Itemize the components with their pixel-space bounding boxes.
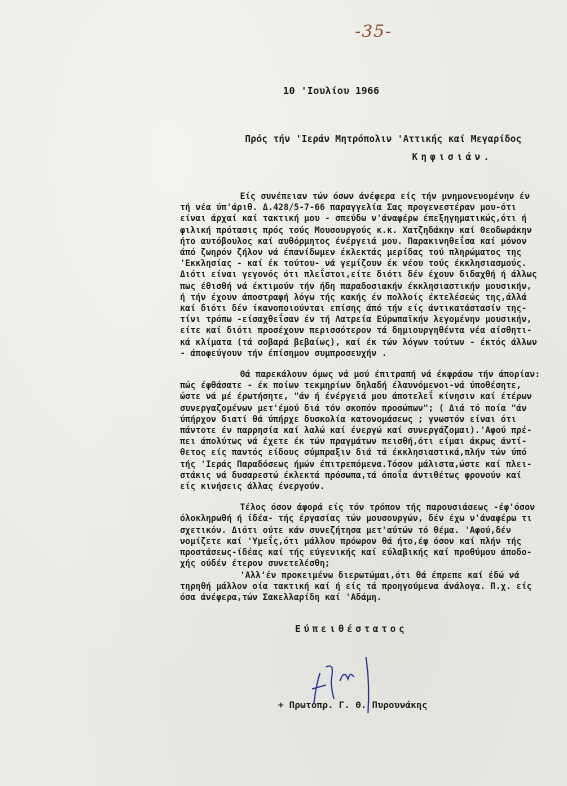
text-line: τή νέα ύπ'άριθ. Δ.428/5-7-66 παραγγελία … [180,203,550,214]
text-line: είναι άρχαί καί τακτική μου - σπεύδω ν'ά… [180,214,550,225]
text-line: νομίζετε καί 'Υμεΐς,ότι μάλλον πρόωρον θ… [180,537,550,548]
letter-page: -35- 10 'Ιουλίου 1966 Πρός τήν 'Ιεράν Μη… [0,0,567,786]
text-line: προστάσεως-ίδέας καί τής εύγενικής καί ε… [180,548,550,559]
text-line: 'Αλλ'έν προκειμένω διερωτώμαι,ότι θά έπρ… [180,571,550,582]
recipient-address: Πρός τήν 'Ιεράν Μητρόπολιν 'Αττικής καί … [245,134,522,145]
text-line: πει άπολύτως νά έχετε έκ τών πραγμάτων π… [180,437,550,448]
text-line: Eίς συνέπειαν τών όσων άνέφερα είς τήν μ… [180,192,550,203]
text-line: χής ούδέν έτερον συνετελέσθη; [180,559,550,570]
text-line: είς κινήσεις άλλας ένεργούν. [180,482,550,493]
text-line: θετος είς παντός είδους σύμπραξιν διά τά… [180,448,550,459]
text-line: ώστε νά μέ έρωτήσητε, "άν ή ένέργειά μου… [180,392,550,403]
paragraph: Τέλος όσον άφορά είς τόν τρόπον τής παρο… [180,503,550,570]
text-line: ύπήρχον διατί θά ύπήρχε δυσκολία κατονομ… [180,415,550,426]
paragraph: 'Αλλ'έν προκειμένω διερωτώμαι,ότι θά έπρ… [180,571,550,605]
text-line: ή τήν έχουν άποστραφή λόγω τής κακής έν … [180,293,550,304]
recipient-city: Κηφισιάν. [412,152,493,163]
signer-name: + Πρωτοπρ. Γ. Θ. Πυρουνάκης [278,700,427,711]
text-line: άπό ζωηρόν ζήλον νά έπανίδωμεν έκλεκτάς … [180,248,550,259]
letter-date: 10 'Ιουλίου 1966 [283,86,379,97]
text-line: ήτο αυτόβουλος καί αυθόρμητος ένέργειά μ… [180,237,550,248]
text-line: Θά παρεκάλουν όμως νά μού έπιτραπή νά έκ… [180,370,550,381]
handwritten-page-number: -35- [355,22,392,42]
text-line: πώς έφθάσατε - έκ ποίων τεκμηρίων δηλαδή… [180,381,550,392]
text-line: συνεργαζομένων μετ'έμού διά τόν σκοπόν π… [180,404,550,415]
text-line: πάντοτε έν παρρησία καί λαλώ καί ένεργώ … [180,426,550,437]
text-line: φιλική πρότασις πρός τούς Μουσουργούς κ.… [180,226,550,237]
closing-salutation: Εύπειθέστατος [295,624,407,635]
text-line: είτε καί διότι προσέχουν περισσότερον τά… [180,326,550,337]
text-line: Διότι είναι γεγονός ότι πλεΐστοι,είτε δι… [180,270,550,281]
text-line: όλοκληρωθή ή ίδέα- τής έργασίας τών μουσ… [180,514,550,525]
text-line: τής 'Ιεράς Παραδόσεως ήμών έπιτρεπόμενα.… [180,460,550,471]
paragraph: Θά παρεκάλουν όμως νά μού έπιτραπή νά έκ… [180,370,550,493]
paragraph: Eίς συνέπειαν τών όσων άνέφερα είς τήν μ… [180,192,550,360]
text-line: καί διότι δέν ίκανοποιούνται επίσης άπό … [180,304,550,315]
letter-body: Eίς συνέπειαν τών όσων άνέφερα είς τήν μ… [180,192,550,614]
text-line: τίνι τρόπω -είσαχθεΐσαν έν τή Λατρεία Εύ… [180,315,550,326]
text-line: κά κλίματα (τά σοβαρά βεβαίως), καί έκ τ… [180,338,550,349]
text-line: στάκις νά δυσαρεστώ έκλεκτά πρόσωπα,τά ό… [180,471,550,482]
text-line: Τέλος όσον άφορά είς τόν τρόπον τής παρο… [180,503,550,514]
text-line: πως έθισθή νά έκτιμούν τήν ήδη παραδοσια… [180,282,550,293]
text-line: - άποφεύγουν τήν έπίσημον συμπροσευχήν . [180,349,550,360]
text-line: όσα άνέφερα,τών Σακελλαρίδη καί 'Αδάμη. [180,593,550,604]
text-line: σχετικόν. Διότι ούτε κάν συνεζήτησα μετ'… [180,526,550,537]
text-line: 'Εκκλησίας - καί έκ τούτου- νά γεμίζουν … [180,259,550,270]
text-line: τηρηθή μάλλον οία τακτική καί ή είς τά π… [180,582,550,593]
